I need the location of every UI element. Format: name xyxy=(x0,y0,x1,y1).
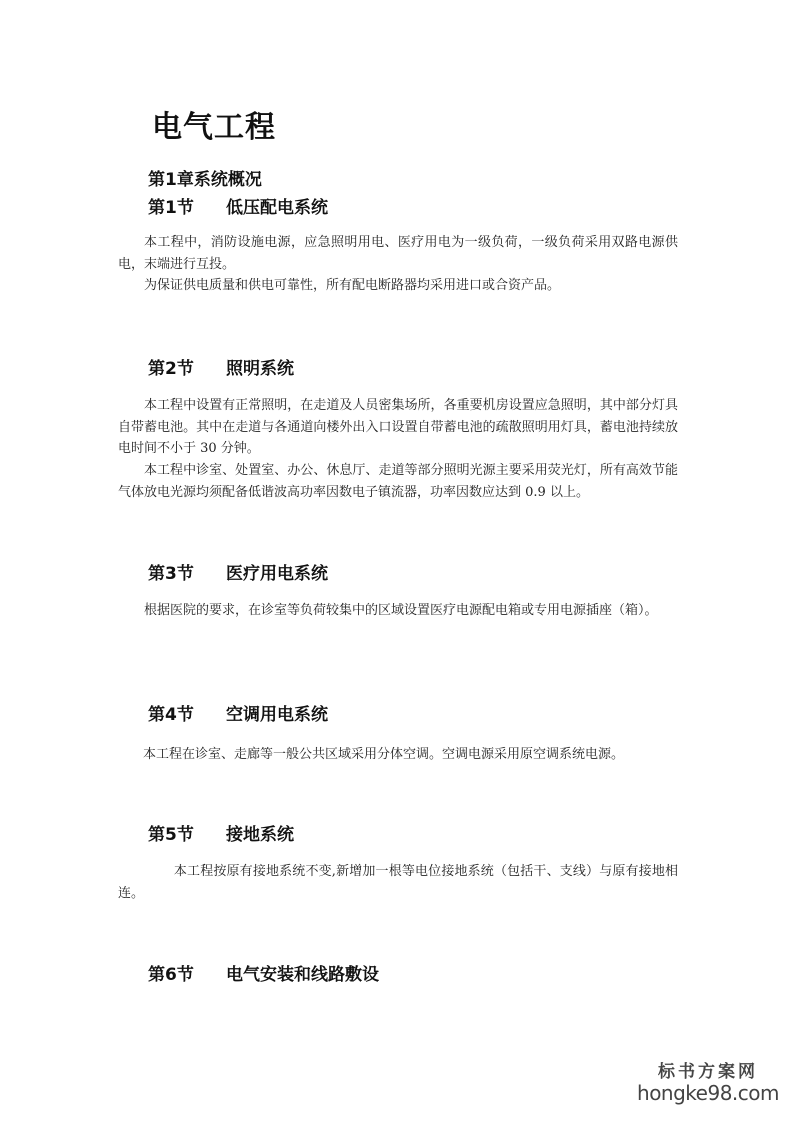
paragraph: 为保证供电质量和供电可靠性，所有配电断路器均采用进口或合资产品。 xyxy=(118,275,678,297)
section-heading-2: 第2节照明系统 xyxy=(148,354,294,379)
section-heading-1: 第1节低压配电系统 xyxy=(148,193,328,218)
section-heading-3: 第3节医疗用电系统 xyxy=(148,559,328,584)
page-title: 电气工程 xyxy=(152,102,276,146)
paragraph: 本工程在诊室、走廊等一般公共区域采用分体空调。空调电源采用原空调系统电源。 xyxy=(130,744,690,766)
paragraph: 根据医院的要求，在诊室等负荷较集中的区域设置医疗电源配电箱或专用电源插座（箱）。 xyxy=(118,600,678,622)
section-title: 低压配电系统 xyxy=(226,198,328,218)
section-number: 第2节 xyxy=(148,354,226,379)
paragraph: 本工程按原有接地系统不变,新增加一根等电位接地系统（包括干、支线）与原有接地相连… xyxy=(118,861,678,904)
section-number: 第1节 xyxy=(148,193,226,218)
section-heading-4: 第4节空调用电系统 xyxy=(148,700,328,725)
paragraph: 本工程中，消防设施电源，应急照明用电、医疗用电为一级负荷，一级负荷采用双路电源供… xyxy=(118,232,678,275)
section-heading-5: 第5节接地系统 xyxy=(148,820,294,845)
section-number: 第4节 xyxy=(148,700,226,725)
watermark-url: hongke98.com xyxy=(637,1082,779,1104)
paragraph: 本工程中诊室、处置室、办公、休息厅、走道等部分照明光源主要采用荧光灯，所有高效节… xyxy=(118,460,678,503)
section-title: 医疗用电系统 xyxy=(226,564,328,584)
section-number: 第5节 xyxy=(148,820,226,845)
chapter-title: 第1章系统概况 xyxy=(148,165,262,190)
section-number: 第3节 xyxy=(148,559,226,584)
watermark-name: 标书方案网 xyxy=(637,1062,779,1082)
section-number: 第6节 xyxy=(148,960,226,985)
section-heading-6: 第6节电气安装和线路敷设 xyxy=(148,960,379,985)
section-title: 空调用电系统 xyxy=(226,705,328,725)
section-title: 电气安装和线路敷设 xyxy=(226,965,379,985)
section-title: 照明系统 xyxy=(226,359,294,379)
paragraph: 本工程中设置有正常照明，在走道及人员密集场所，各重要机房设置应急照明，其中部分灯… xyxy=(118,395,678,460)
watermark: 标书方案网 hongke98.com xyxy=(637,1062,779,1104)
section-title: 接地系统 xyxy=(226,825,294,845)
